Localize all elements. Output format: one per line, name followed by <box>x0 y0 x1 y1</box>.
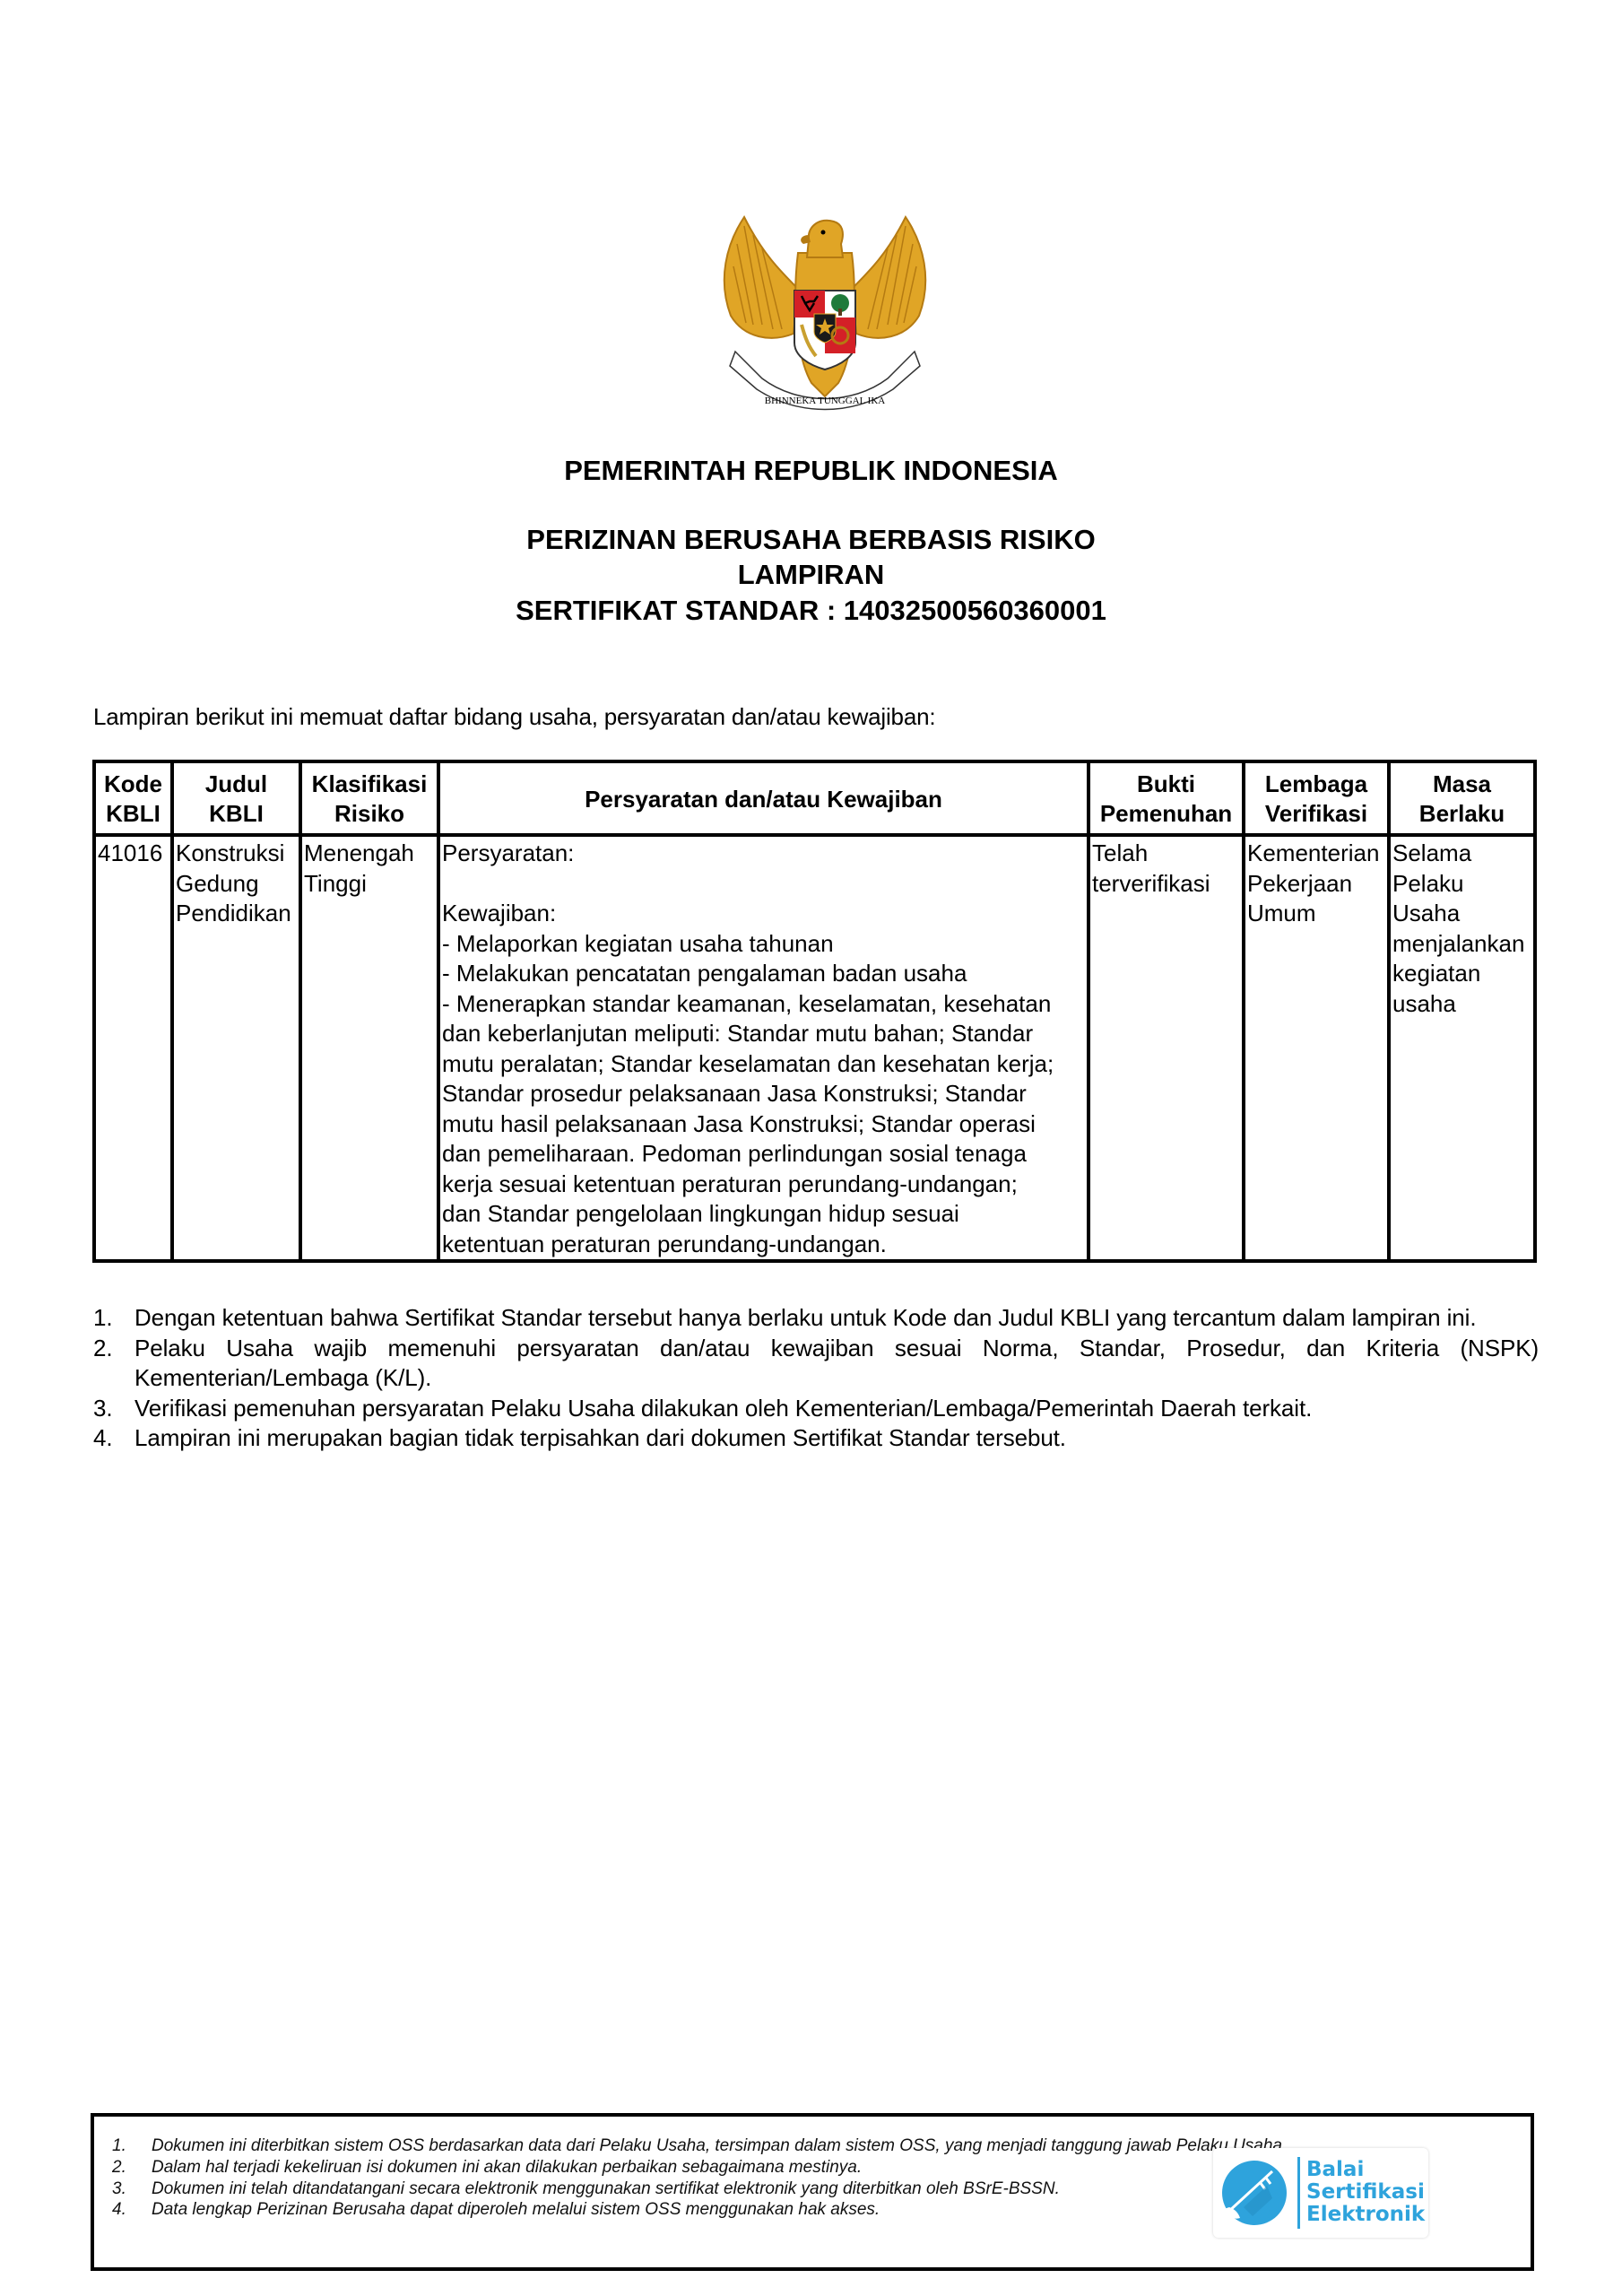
svg-text:BHINNEKA TUNGGAL IKA: BHINNEKA TUNGGAL IKA <box>765 396 885 406</box>
cell-masa-berlaku: Selama Pelaku Usaha menjalankan kegiatan… <box>1389 835 1535 1261</box>
cell-lembaga-verifikasi: Kementerian Pekerjaan Umum <box>1244 835 1389 1261</box>
footer-item: 2.Dalam hal terjadi kekeliruan isi dokum… <box>112 2157 1314 2179</box>
cell-judul-kbli: Konstruksi Gedung Pendidikan <box>172 835 300 1261</box>
key-icon <box>1220 2159 1288 2227</box>
kbli-table: KodeKBLI JudulKBLI KlasifikasiRisiko Per… <box>92 760 1537 1263</box>
bsre-logo: Balai Sertifikasi Elektronik <box>1213 2148 1428 2238</box>
notes-list: 1.Dengan ketentuan bahwa Sertifikat Stan… <box>93 1303 1539 1454</box>
header-masa-berlaku: MasaBerlaku <box>1389 761 1535 835</box>
cell-bukti-pemenuhan: Telah terverifikasi <box>1089 835 1244 1261</box>
garuda-emblem-icon: BHINNEKA TUNGGAL IKA <box>708 190 941 423</box>
footer-item: 3.Dokumen ini telah ditandatangani secar… <box>112 2179 1314 2200</box>
note-item: 1.Dengan ketentuan bahwa Sertifikat Stan… <box>93 1303 1539 1334</box>
header-lembaga-verifikasi: LembagaVerifikasi <box>1244 761 1389 835</box>
garuda-pancasila-emblem: BHINNEKA TUNGGAL IKA <box>708 190 941 423</box>
permit-title: PERIZINAN BERUSAHA BERBASIS RISIKO <box>0 523 1622 557</box>
intro-text: Lampiran berikut ini memuat daftar bidan… <box>93 702 935 731</box>
cell-kode-kbli: 41016 <box>94 835 172 1261</box>
persyaratan-label: Persyaratan: <box>442 839 1085 869</box>
attachment-title: LAMPIRAN <box>0 558 1622 592</box>
header-kode-kbli: KodeKBLI <box>94 761 172 835</box>
footer-disclaimer-list: 1.Dokumen ini diterbitkan sistem OSS ber… <box>112 2135 1314 2221</box>
header-judul-kbli: JudulKBLI <box>172 761 300 835</box>
header-klasifikasi-risiko: KlasifikasiRisiko <box>300 761 438 835</box>
note-item: 3.Verifikasi pemenuhan persyaratan Pelak… <box>93 1394 1539 1424</box>
footer-item: 4.Data lengkap Perizinan Berusaha dapat … <box>112 2199 1314 2221</box>
note-item: 4.Lampiran ini merupakan bagian tidak te… <box>93 1423 1539 1454</box>
government-title: PEMERINTAH REPUBLIK INDONESIA <box>0 454 1622 488</box>
cell-persyaratan-kewajiban: Persyaratan: Kewajiban: - Melaporkan keg… <box>438 835 1089 1261</box>
table-row: 41016 Konstruksi Gedung Pendidikan Menen… <box>94 835 1535 1261</box>
bsre-logo-text: Balai Sertifikasi Elektronik <box>1306 2159 1425 2226</box>
header-persyaratan: Persyaratan dan/atau Kewajiban <box>438 761 1089 835</box>
table-header-row: KodeKBLI JudulKBLI KlasifikasiRisiko Per… <box>94 761 1535 835</box>
note-item: 2.Pelaku Usaha wajib memenuhi persyarata… <box>93 1334 1539 1394</box>
cell-klasifikasi-risiko: Menengah Tinggi <box>300 835 438 1261</box>
header-bukti-pemenuhan: BuktiPemenuhan <box>1089 761 1244 835</box>
footer-item: 1.Dokumen ini diterbitkan sistem OSS ber… <box>112 2135 1314 2157</box>
kewajiban-label: Kewajiban: <box>442 899 1085 929</box>
logo-divider <box>1297 2157 1300 2229</box>
certificate-number: SERTIFIKAT STANDAR : 14032500560360001 <box>0 594 1622 628</box>
